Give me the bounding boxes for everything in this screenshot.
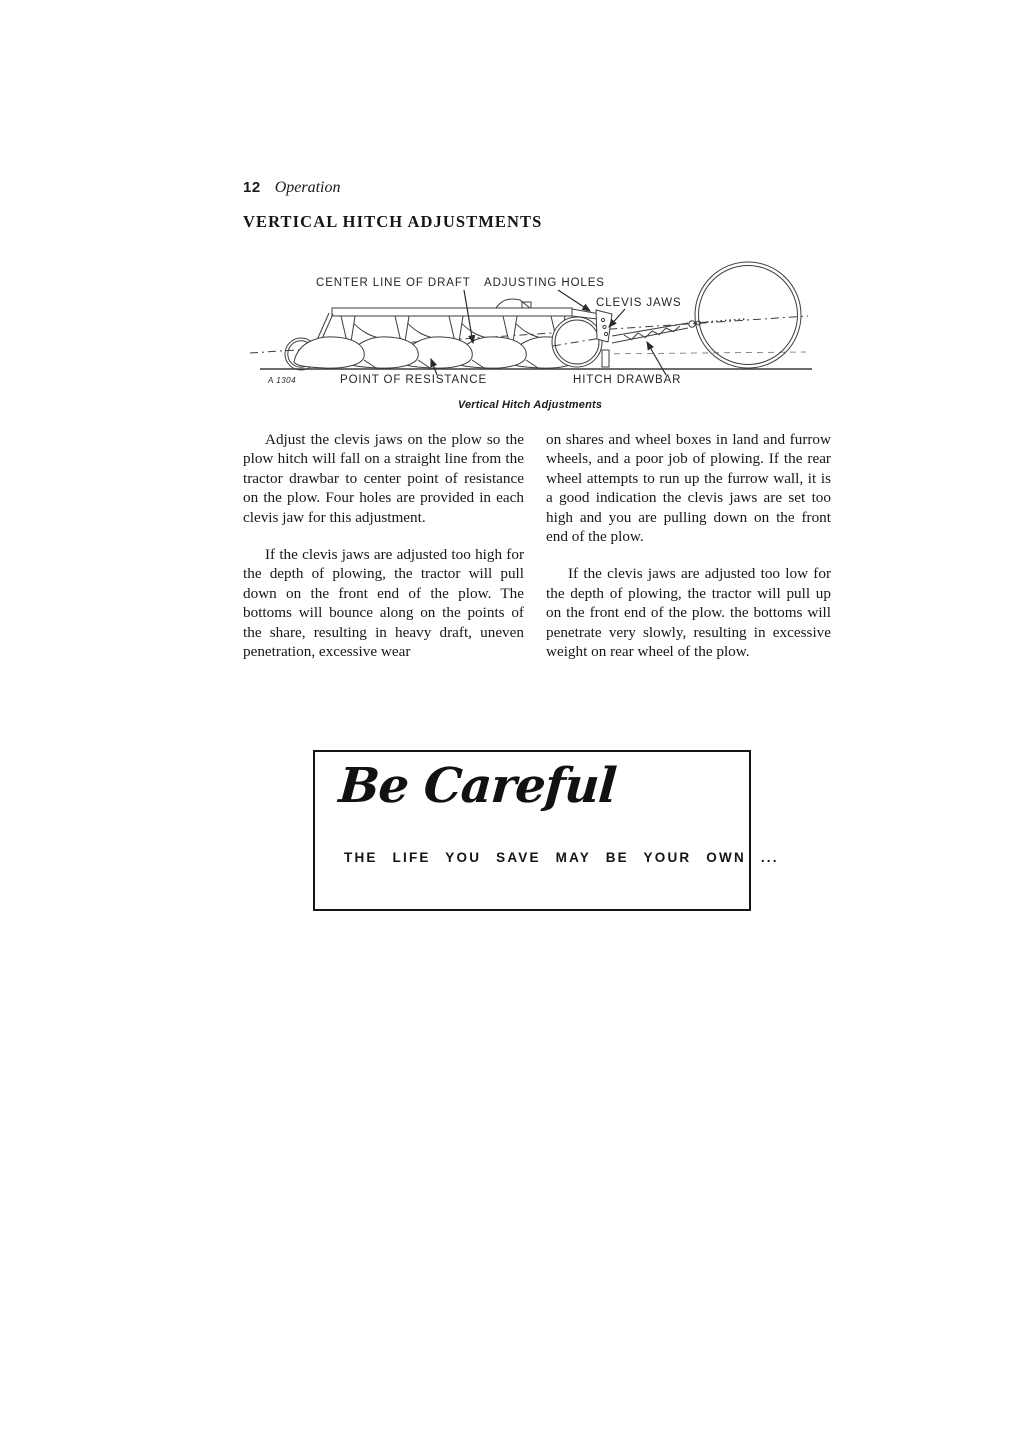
paragraph: If the clevis jaws are adjusted too high… bbox=[243, 545, 524, 661]
label-adjusting-holes: ADJUSTING HOLES bbox=[484, 277, 605, 289]
crank-handle bbox=[496, 299, 530, 308]
manual-page: 12Operation VERTICAL HITCH ADJUSTMENTS bbox=[0, 0, 1024, 1449]
hitch-drawbar-shape bbox=[612, 319, 745, 343]
safety-tagline: THE LIFE YOU SAVE MAY BE YOUR OWN ... bbox=[344, 850, 779, 865]
furrow-dashed-line bbox=[592, 352, 806, 354]
body-column-right: on shares and wheel boxes in land and fu… bbox=[546, 430, 831, 679]
running-section: Operation bbox=[275, 179, 341, 196]
running-head: 12Operation bbox=[243, 179, 340, 197]
plow-bottoms bbox=[294, 337, 580, 368]
hitch-drawbar-arrow bbox=[647, 342, 666, 375]
safety-notice-box: Be Careful THE LIFE YOU SAVE MAY BE YOUR… bbox=[313, 750, 751, 911]
section-heading: VERTICAL HITCH ADJUSTMENTS bbox=[243, 212, 542, 232]
label-hitch-drawbar: HITCH DRAWBAR bbox=[573, 374, 681, 386]
body-column-left: Adjust the clevis jaws on the plow so th… bbox=[243, 430, 524, 679]
page-number: 12 bbox=[243, 179, 261, 196]
be-careful-script: Be Careful bbox=[337, 758, 618, 814]
label-center-line-of-draft: CENTER LINE OF DRAFT bbox=[316, 277, 471, 289]
label-point-of-resistance: POINT OF RESISTANCE bbox=[340, 374, 487, 386]
paragraph: If the clevis jaws are adjusted too low … bbox=[546, 564, 831, 661]
tractor-wheel bbox=[695, 262, 801, 368]
vertical-hitch-diagram: CENTER LINE OF DRAFT ADJUSTING HOLES CLE… bbox=[240, 250, 820, 402]
label-clevis-jaws: CLEVIS JAWS bbox=[596, 297, 682, 309]
rear-post bbox=[602, 350, 609, 367]
paragraph: on shares and wheel boxes in land and fu… bbox=[546, 430, 831, 546]
figure-caption: Vertical Hitch Adjustments bbox=[240, 399, 820, 411]
paragraph: Adjust the clevis jaws on the plow so th… bbox=[243, 430, 524, 527]
figure-id: A 1304 bbox=[267, 376, 296, 385]
tractor-wheel-rim bbox=[699, 266, 798, 365]
frame-beam bbox=[332, 308, 572, 316]
